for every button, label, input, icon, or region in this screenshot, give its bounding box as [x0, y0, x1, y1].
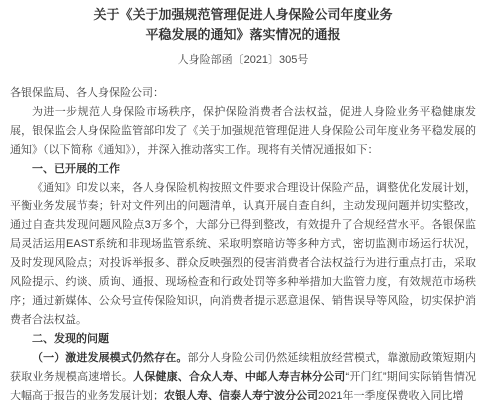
document-body: 各银保监局、各人身保险公司： 为进一步规范人身保险市场秩序，保护保险消费者合法权… — [10, 84, 476, 400]
salutation-line: 各银保监局、各人身保险公司： — [10, 84, 476, 103]
finding1-companies-group2: 农银人寿、信泰人寿宁波分公司 — [164, 390, 318, 400]
section1-body-paragraph: 《通知》印发以来，各人身保险机构按照文件要求合理设计保险产品，调整优化发展计划，… — [10, 179, 476, 330]
document-number: 人身险部函〔2021〕305号 — [0, 53, 486, 67]
document-title-line-2: 平稳发展的通知》落实情况的通报 — [40, 25, 446, 45]
finding1-companies-group1: 人保健康、合众人寿、中邮人寿吉林分公司 — [133, 371, 345, 383]
finding1-text3: 2021年一季度保费收入同比增 — [318, 390, 463, 400]
finding1-lead-bold: （一）激进发展模式仍然存在。 — [32, 352, 187, 364]
document-title-line-1: 关于《关于加强规范管理促进人身保险公司年度业务 — [40, 5, 446, 25]
section1-heading: 一、已开展的工作 — [10, 160, 476, 179]
notice-document-page: 关于《关于加强规范管理促进人身保险公司年度业务平稳发展的通知》落实情况的通报 人… — [0, 0, 486, 400]
finding1-paragraph: （一）激进发展模式仍然存在。部分人身险公司仍然延续粗放经营模式，靠激励政策短期内… — [10, 349, 476, 400]
intro-paragraph: 为进一步规范人身保险市场秩序，保护保险消费者合法权益，促进人身险业务平稳健康发展… — [10, 103, 476, 160]
section2-heading: 二、发现的问题 — [10, 330, 476, 349]
document-title: 关于《关于加强规范管理促进人身保险公司年度业务平稳发展的通知》落实情况的通报 — [40, 5, 446, 45]
